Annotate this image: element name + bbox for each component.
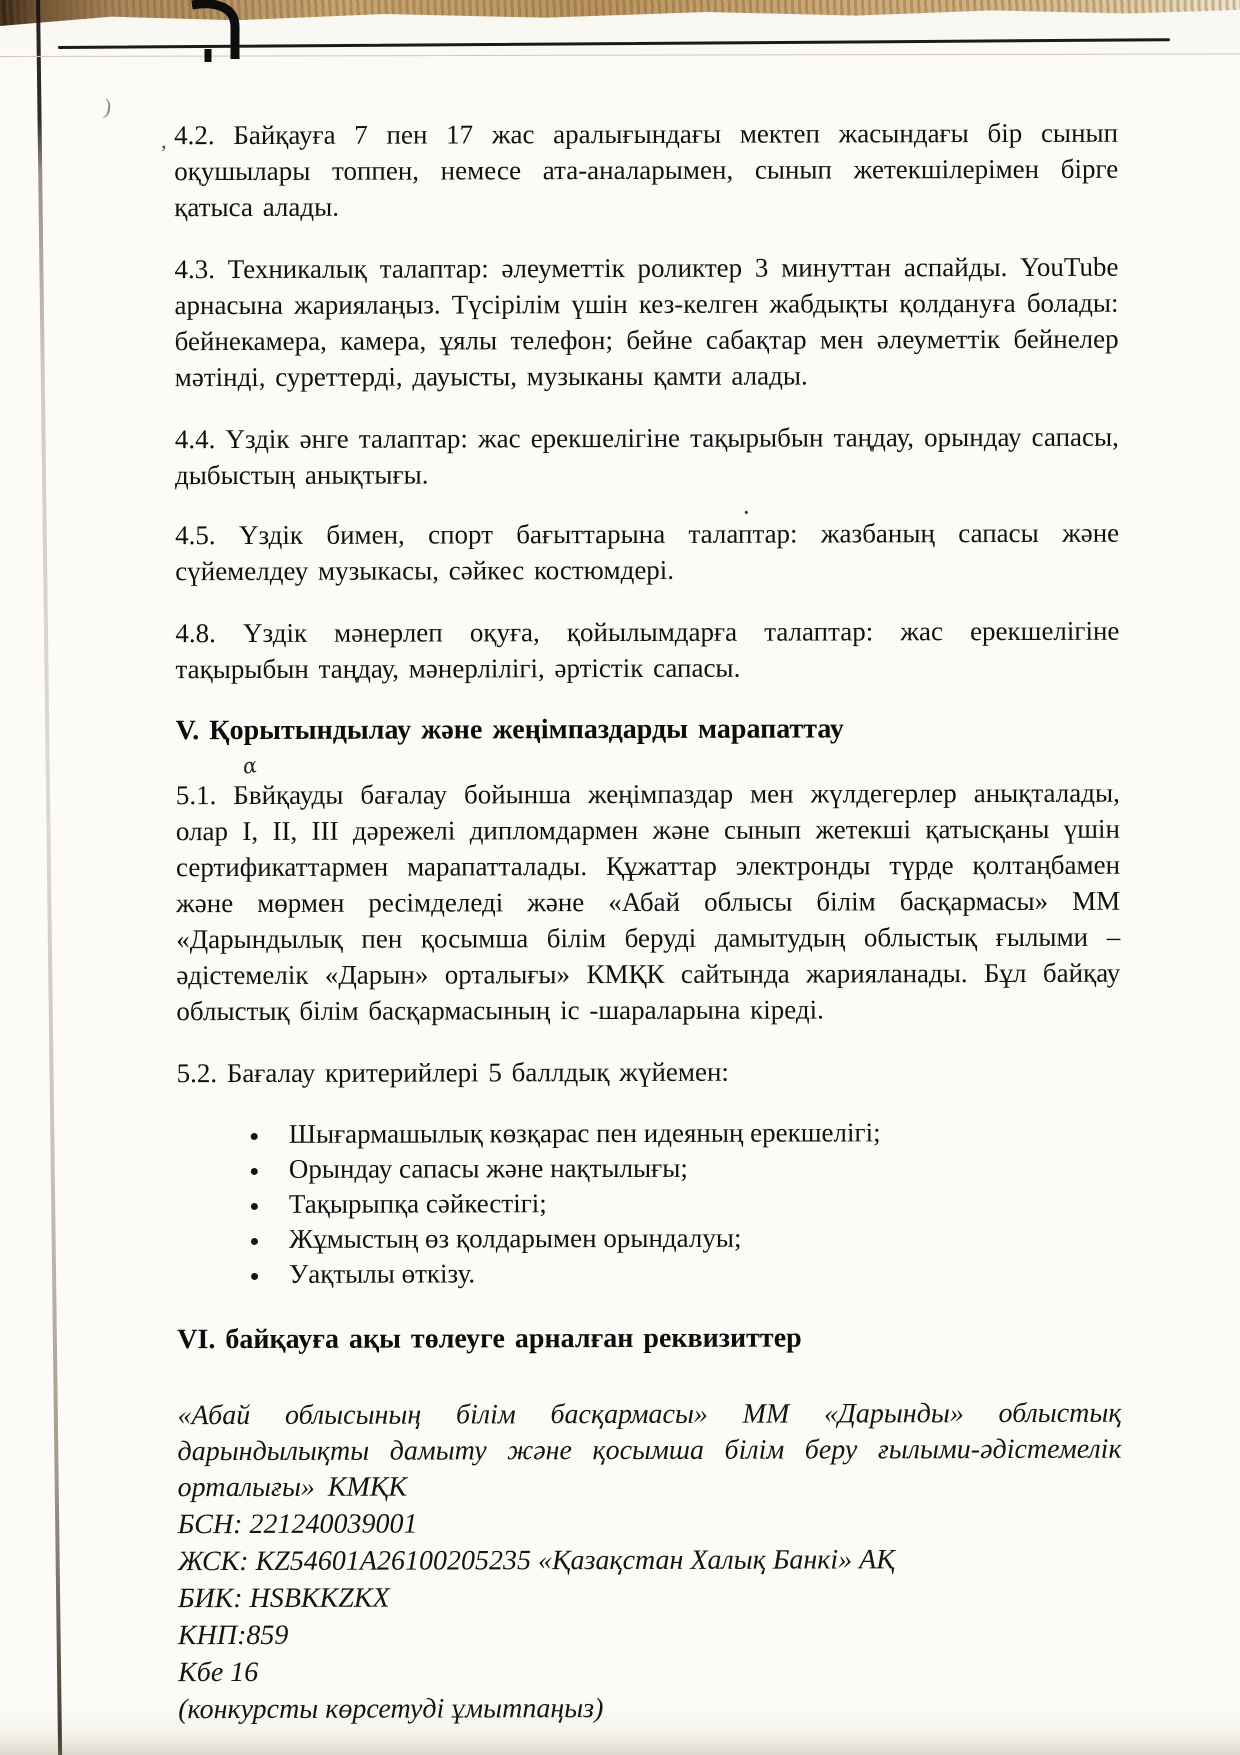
requisites-organization: «Абай облысының білім басқармасы» ММ «Да… <box>177 1396 1121 1506</box>
paragraph-4-8: 4.8. Үздік мәнерлеп оқуға, қойылымдарға … <box>175 613 1119 687</box>
criteria-text: Уақтылы өткізу. <box>289 1256 475 1291</box>
requisite-knp: КНП:859 <box>178 1615 1122 1654</box>
criteria-text: Орындау сапасы және нақтылығы; <box>289 1151 688 1187</box>
paragraph-5-2: 5.2. Бағалау критерийлері 5 баллдық жүйе… <box>177 1053 1121 1091</box>
paragraph-5-1-rest: бағалау бойынша жеңімпаздар мен жүлдегер… <box>176 778 1120 1026</box>
criteria-item: Тақырыпқа сәйкестігі; <box>251 1185 1121 1222</box>
heading-section-vi: VI. байқауға ақы төлеуге арналған реквиз… <box>177 1320 1121 1358</box>
criteria-list: Шығармашылық көзқарас пен идеяның ерекше… <box>177 1115 1121 1292</box>
criteria-item: Шығармашылық көзқарас пен идеяның ерекше… <box>251 1115 1121 1152</box>
criteria-item: Жұмыстың өз қолдарымен орындалуы; <box>251 1220 1121 1257</box>
heading-section-v: V. Қорытындылау және жеңімпаздарды марап… <box>176 711 1120 749</box>
paragraph-5-1: 5.1. αБвйқауды бағалау бойынша жеңімпазд… <box>176 775 1121 1029</box>
requisite-kbe: Кбе 16 <box>178 1652 1122 1691</box>
criteria-text: Жұмыстың өз қолдарымен орындалуы; <box>289 1221 742 1257</box>
corrected-word: αБвйқауды <box>233 777 343 813</box>
document-page: 4.2. Байқауға 7 пен 17 жас аралығындағы … <box>0 0 1240 1729</box>
bullet-icon <box>251 1222 289 1257</box>
criteria-item: Орындау сапасы және нақтылығы; <box>251 1150 1121 1187</box>
handwritten-correction: α <box>242 755 259 778</box>
requisite-bik: БИК: HSBKKZKX <box>178 1578 1122 1617</box>
requisites-block: «Абай облысының білім басқармасы» ММ «Да… <box>177 1396 1122 1728</box>
paragraph-4-2: 4.2. Байқауға 7 пен 17 жас аралығындағы … <box>174 115 1118 225</box>
criteria-text: Шығармашылық көзқарас пен идеяның ерекше… <box>289 1115 881 1152</box>
paragraph-4-5: 4.5. Үздік бимен, спорт бағыттарына тала… <box>175 515 1119 589</box>
bullet-icon <box>251 1257 289 1292</box>
requisite-note: (конкурсты көрсетуді ұмытпаңыз) <box>178 1689 1122 1728</box>
bullet-icon <box>251 1117 289 1152</box>
corrected-word-text: Бвйқауды <box>233 780 343 810</box>
paragraph-4-4: 4.4. Үздік әнге талаптар: жас ерекшелігі… <box>175 419 1119 493</box>
criteria-text: Тақырыпқа сәйкестігі; <box>289 1186 547 1222</box>
bullet-icon <box>251 1187 289 1222</box>
requisite-bsn: БСН: 221240039001 <box>178 1504 1122 1543</box>
scan-bottom-smudge <box>0 1733 1240 1755</box>
paragraph-5-1-prefix: 5.1. <box>176 780 234 810</box>
paragraph-4-3: 4.3. Техникалық талаптар: әлеуметтік рол… <box>174 249 1118 395</box>
requisite-zhsk: ЖСК: KZ54601A26100205235 «Қазақстан Халы… <box>178 1541 1122 1580</box>
criteria-item: Уақтылы өткізу. <box>251 1255 1121 1292</box>
bullet-icon <box>251 1152 289 1187</box>
